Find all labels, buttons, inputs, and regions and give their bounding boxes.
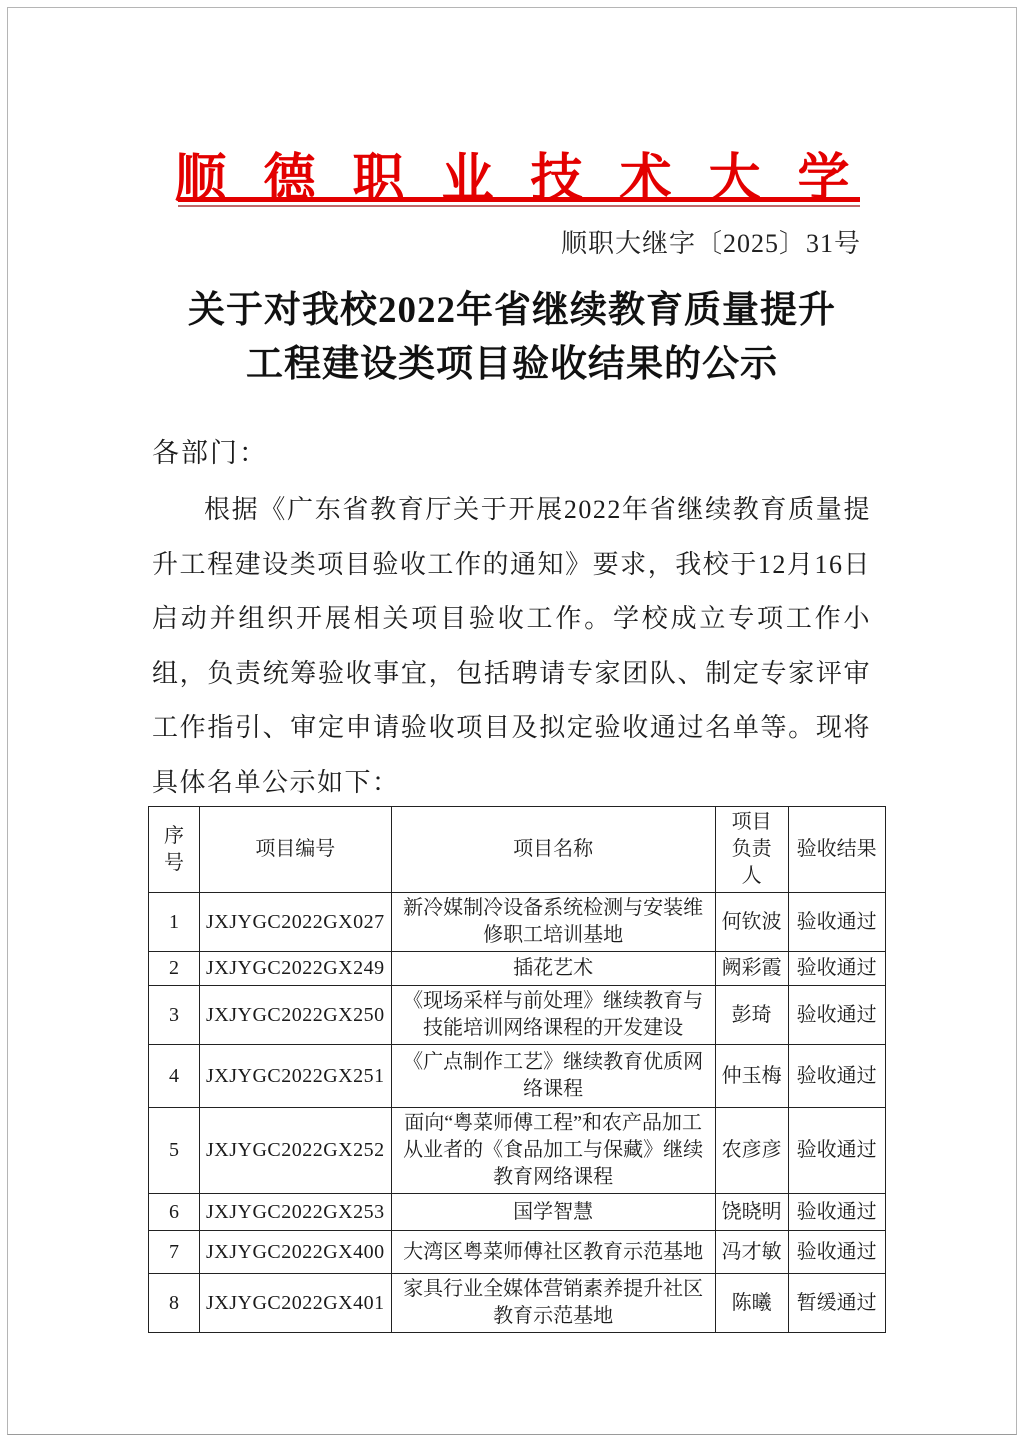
results-table: 序号 项目编号 项目名称 项目负责人 验收结果 1 JXJYGC2022GX02… <box>148 806 886 1333</box>
cell-project-leader: 仲玉梅 <box>715 1045 788 1108</box>
cell-serial: 5 <box>149 1108 200 1194</box>
notice-title-line-1: 关于对我校2022年省继续教育质量提升 <box>0 284 1024 338</box>
cell-project-name: 面向“粤菜师傅工程”和农产品加工从业者的《食品加工与保藏》继续教育网络课程 <box>391 1108 715 1194</box>
salutation: 各部门： <box>152 431 268 470</box>
table-row: 3 JXJYGC2022GX250 《现场采样与前处理》继续教育与技能培训网络课… <box>149 986 886 1045</box>
table-header-row: 序号 项目编号 项目名称 项目负责人 验收结果 <box>149 807 886 893</box>
document-number: 顺职大继字〔2025〕31号 <box>561 223 861 260</box>
red-divider-thick <box>178 197 860 202</box>
cell-project-name: 国学智慧 <box>391 1194 715 1231</box>
cell-project-code: JXJYGC2022GX400 <box>200 1231 392 1274</box>
header-cell-result: 验收结果 <box>788 807 885 893</box>
header-cell-serial: 序号 <box>149 807 200 893</box>
cell-project-name: 《现场采样与前处理》继续教育与技能培训网络课程的开发建设 <box>391 986 715 1045</box>
cell-result: 验收通过 <box>788 952 885 986</box>
notice-title: 关于对我校2022年省继续教育质量提升 工程建设类项目验收结果的公示 <box>0 284 1024 392</box>
cell-serial: 1 <box>149 893 200 952</box>
cell-result: 暂缓通过 <box>788 1274 885 1333</box>
red-divider-thin <box>178 205 860 207</box>
header-cell-project-leader: 项目负责人 <box>715 807 788 893</box>
cell-serial: 4 <box>149 1045 200 1108</box>
table-row: 1 JXJYGC2022GX027 新冷媒制冷设备系统检测与安装维修职工培训基地… <box>149 893 886 952</box>
table-row: 4 JXJYGC2022GX251 《广点制作工艺》继续教育优质网络课程 仲玉梅… <box>149 1045 886 1108</box>
cell-project-leader: 农彦彦 <box>715 1108 788 1194</box>
header-cell-project-code: 项目编号 <box>200 807 392 893</box>
cell-serial: 7 <box>149 1231 200 1274</box>
cell-project-name: 新冷媒制冷设备系统检测与安装维修职工培训基地 <box>391 893 715 952</box>
notice-title-line-2: 工程建设类项目验收结果的公示 <box>0 338 1024 392</box>
cell-serial: 6 <box>149 1194 200 1231</box>
cell-project-name: 家具行业全媒体营销素养提升社区教育示范基地 <box>391 1274 715 1333</box>
cell-project-leader: 阙彩霞 <box>715 952 788 986</box>
cell-serial: 2 <box>149 952 200 986</box>
cell-project-code: JXJYGC2022GX253 <box>200 1194 392 1231</box>
cell-project-leader: 彭琦 <box>715 986 788 1045</box>
table-row: 2 JXJYGC2022GX249 插花艺术 阙彩霞 验收通过 <box>149 952 886 986</box>
cell-result: 验收通过 <box>788 1108 885 1194</box>
cell-project-code: JXJYGC2022GX252 <box>200 1108 392 1194</box>
cell-project-code: JXJYGC2022GX251 <box>200 1045 392 1108</box>
cell-project-code: JXJYGC2022GX250 <box>200 986 392 1045</box>
cell-result: 验收通过 <box>788 1194 885 1231</box>
cell-project-leader: 饶晓明 <box>715 1194 788 1231</box>
cell-project-leader: 陈曦 <box>715 1274 788 1333</box>
cell-project-code: JXJYGC2022GX249 <box>200 952 392 986</box>
table-row: 5 JXJYGC2022GX252 面向“粤菜师傅工程”和农产品加工从业者的《食… <box>149 1108 886 1194</box>
cell-project-leader: 何钦波 <box>715 893 788 952</box>
cell-project-code: JXJYGC2022GX027 <box>200 893 392 952</box>
cell-project-code: JXJYGC2022GX401 <box>200 1274 392 1333</box>
cell-project-name: 插花艺术 <box>391 952 715 986</box>
cell-result: 验收通过 <box>788 986 885 1045</box>
table-row: 7 JXJYGC2022GX400 大湾区粤菜师傅社区教育示范基地 冯才敏 验收… <box>149 1231 886 1274</box>
cell-result: 验收通过 <box>788 1045 885 1108</box>
cell-project-leader: 冯才敏 <box>715 1231 788 1274</box>
cell-project-name: 《广点制作工艺》继续教育优质网络课程 <box>391 1045 715 1108</box>
header-cell-project-name: 项目名称 <box>391 807 715 893</box>
cell-serial: 8 <box>149 1274 200 1333</box>
cell-project-name: 大湾区粤菜师傅社区教育示范基地 <box>391 1231 715 1274</box>
cell-result: 验收通过 <box>788 893 885 952</box>
cell-serial: 3 <box>149 986 200 1045</box>
cell-result: 验收通过 <box>788 1231 885 1274</box>
table-row: 8 JXJYGC2022GX401 家具行业全媒体营销素养提升社区教育示范基地 … <box>149 1274 886 1333</box>
body-paragraph: 根据《广东省教育厅关于开展2022年省继续教育质量提升工程建设类项目验收工作的通… <box>152 483 871 810</box>
table-row: 6 JXJYGC2022GX253 国学智慧 饶晓明 验收通过 <box>149 1194 886 1231</box>
